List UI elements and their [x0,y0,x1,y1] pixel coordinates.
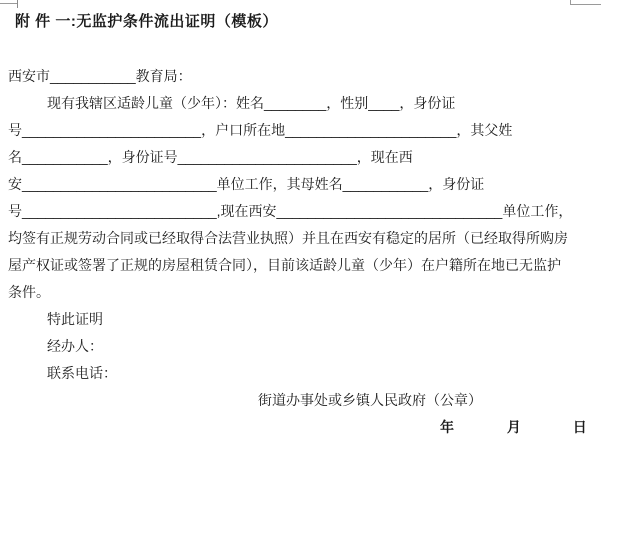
body-line: 屋产权证或签署了正规的房屋租赁合同），目前该适龄儿童（少年）在户籍所在地已无监护 [8,252,622,279]
body-line: 号_______________________，户口所在地__________… [8,117,622,144]
closing-line: 特此证明 [8,306,622,333]
date-year-label: 年 [440,419,454,435]
body-line: 号_________________________,现在西安_________… [8,198,622,225]
body-line: 条件。 [8,279,622,306]
date-day-label: 日 [573,419,587,435]
document-title: 附 件 一:无监护条件流出证明（模板） [15,13,622,31]
artifact-line [17,0,18,8]
body-line: 名___________，身份证号_______________________… [8,144,622,171]
salutation-line: 西安市___________教育局： [8,63,622,90]
artifact-line [570,4,601,5]
handler-label-line: 经办人： [8,333,622,360]
body-line: 安_________________________单位工作，其母姓名_____… [8,171,622,198]
document-page: 附 件 一:无监护条件流出证明（模板） 西安市___________教育局： 现… [0,0,622,535]
body-line: 现有我辖区适龄儿童（少年）：姓名________，性别____，身份证 [8,90,622,117]
date-month-label: 月 [507,419,521,435]
seal-line: 街道办事处或乡镇人民政府（公章） [8,387,622,414]
date-line: 年 月 日 [8,414,622,441]
artifact-line [0,3,18,4]
body-line: 均签有正规劳动合同或已经取得合法营业执照）并且在西安有稳定的居所（已经取得所购房 [8,225,622,252]
document-content: 附 件 一:无监护条件流出证明（模板） 西安市___________教育局： 现… [0,0,622,441]
phone-label-line: 联系电话： [8,360,622,387]
